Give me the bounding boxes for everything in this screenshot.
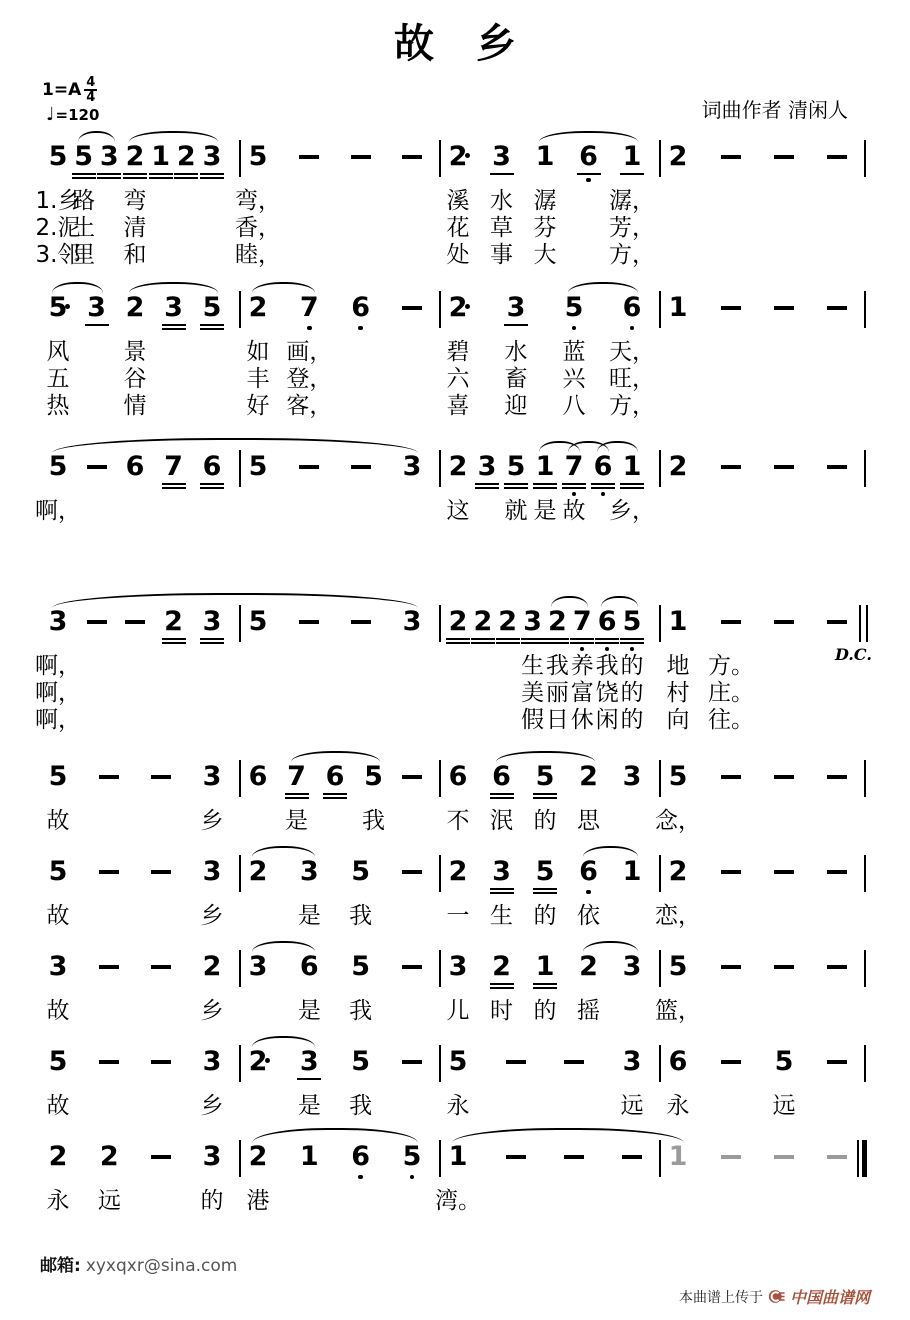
lyric-word: 的: [201, 1188, 224, 1214]
dash-extension: [769, 453, 799, 498]
dash-extension: [94, 763, 124, 808]
bar-line: [850, 453, 880, 498]
note-1: 1: [530, 143, 560, 188]
lyric-word: 水: [490, 188, 513, 214]
note-3: 3: [472, 453, 502, 498]
slur: [52, 593, 418, 608]
dash-extension: [146, 1048, 176, 1093]
dash-extension: [146, 1143, 176, 1188]
lyric-word: 啊，: [35, 707, 81, 733]
lyric-word: 乡: [201, 903, 224, 929]
lyrics-row: 故乡是我永远永远: [40, 1093, 870, 1120]
lyric-word: 水: [505, 339, 528, 365]
lyric-word: 路: [72, 188, 95, 214]
dash-extension: [716, 953, 746, 998]
lyric-word: 和: [124, 242, 147, 268]
dash-extension: [82, 608, 112, 653]
note-1: 1: [530, 453, 560, 498]
lyric-word: 恋，: [655, 903, 701, 929]
note-5: 5: [397, 1143, 427, 1188]
notation-row: 32353222327651: [40, 595, 870, 653]
note-7: 7: [159, 453, 189, 498]
dash-extension: [397, 953, 427, 998]
lyric-word: 香，: [235, 215, 281, 241]
notation-row: 55321235231612: [40, 130, 870, 188]
note-6: 6: [617, 294, 647, 339]
lyric-word: 芬: [534, 215, 557, 241]
lyric-word: 富: [571, 680, 594, 706]
lyrics-row: 风景如画，碧水蓝天，: [40, 339, 870, 366]
lyric-word: 我: [349, 1093, 372, 1119]
lyric-word: 的: [621, 653, 644, 679]
note-6: 6: [487, 763, 517, 808]
note-3: 3: [443, 953, 473, 998]
note-5: 5: [530, 763, 560, 808]
lyric-word: 潺，: [609, 188, 655, 214]
lyric-word: 的: [621, 680, 644, 706]
bar-line: [850, 858, 880, 903]
notation-row: 5323527623561: [40, 281, 870, 339]
dash-extension: [769, 953, 799, 998]
lyric-word: 大: [534, 242, 557, 268]
lyric-word: 是: [534, 498, 557, 524]
note-5: 5: [243, 453, 273, 498]
note-2: 2: [663, 858, 693, 903]
lyric-word: 篮，: [655, 998, 701, 1024]
lyric-word: 情: [124, 393, 147, 419]
note-5: 5: [617, 608, 647, 653]
slur: [452, 1128, 684, 1143]
note-5: 5: [530, 858, 560, 903]
dash-extension: [94, 953, 124, 998]
dash-extension: [397, 294, 427, 339]
contact-email: 邮箱:xyxqxr@sina.com: [40, 1251, 237, 1276]
dash-extension: [82, 453, 112, 498]
email-label: 邮箱:: [40, 1256, 81, 1276]
dash-extension: [397, 763, 427, 808]
note-2: 2: [663, 453, 693, 498]
slur: [601, 596, 638, 607]
note-6: 6: [346, 294, 376, 339]
lyric-word: 向: [667, 707, 690, 733]
lyric-word: 饶: [596, 680, 619, 706]
note-2: 2: [243, 1143, 273, 1188]
note-3: 3: [294, 858, 324, 903]
upload-text: 本曲谱上传于: [679, 1287, 763, 1307]
lyric-word: 泯: [490, 808, 513, 834]
lyric-word: 是: [298, 998, 321, 1024]
slur: [78, 131, 116, 142]
lyric-word: 蓝: [563, 339, 586, 365]
song-title: 故 乡: [0, 12, 910, 69]
dash-extension: [822, 143, 852, 188]
note-5: 5: [346, 1048, 376, 1093]
note-3: 3: [617, 1048, 647, 1093]
dash-extension: [501, 1048, 531, 1093]
dash-extension: [716, 1143, 746, 1188]
lyric-word: 的: [534, 903, 557, 929]
music-system-2: 5323527623561风景如画，碧水蓝天，五谷丰登，六畜兴旺，热情好客，喜迎…: [40, 281, 870, 420]
music-system-3: 56765323517612啊，这就是故乡，: [40, 440, 870, 525]
lyric-word: 永: [47, 1188, 70, 1214]
lyric-word: 儿: [447, 998, 470, 1024]
dash-extension: [501, 1143, 531, 1188]
music-system-1: 553212352316121.乡路弯弯，溪水潺潺，2.泥土清香，花草芬芳，3.…: [40, 130, 870, 269]
notation-row: 532355365: [40, 1035, 870, 1093]
note-3: 3: [617, 953, 647, 998]
lyric-word: 养: [571, 653, 594, 679]
note-7: 7: [559, 453, 589, 498]
lyric-word: 不: [447, 808, 470, 834]
note-3: 3: [487, 143, 517, 188]
lyric-word: 远: [773, 1093, 796, 1119]
slur: [252, 282, 315, 293]
lyric-word: 六: [447, 366, 470, 392]
lyric-word: 溪: [447, 188, 470, 214]
lyric-word: 远: [98, 1188, 121, 1214]
lyric-word: 远: [621, 1093, 644, 1119]
note-3: 3: [197, 858, 227, 903]
note-2: 2: [243, 858, 273, 903]
lyric-word: 休: [571, 707, 594, 733]
lyric-word: 花: [447, 215, 470, 241]
lyric-word: 里: [72, 242, 95, 268]
lyric-word: 迎: [505, 393, 528, 419]
dash-extension: [120, 608, 150, 653]
note-3: 3: [397, 608, 427, 653]
note-3: 3: [197, 1143, 227, 1188]
lyric-word: 湾。: [435, 1188, 481, 1214]
lyric-word: 是: [298, 1093, 321, 1119]
note-3: 3: [197, 1048, 227, 1093]
notation-row: 223216511: [40, 1130, 870, 1188]
meter-denominator: 4: [84, 91, 97, 104]
note-5: 5: [346, 953, 376, 998]
lyrics-row: 啊，美丽富饶的村庄。: [40, 680, 870, 707]
key-signature: 1=A 4 4: [42, 76, 97, 104]
music-system-5: 536765665235故乡是我不泯的思念，: [40, 750, 870, 835]
sheet-music-page: 故 乡 1=A 4 4 ♩=120 词曲作者 清闲人 5532123523161…: [0, 0, 910, 1320]
note-6: 6: [243, 763, 273, 808]
lyric-word: 的: [534, 808, 557, 834]
lyric-word: 啊，: [35, 653, 81, 679]
note-1: 1: [663, 608, 693, 653]
dash-extension: [822, 1048, 852, 1093]
dash-extension: [769, 763, 799, 808]
note-2: 2: [443, 143, 473, 188]
music-system-9: 223216511永远的港湾。: [40, 1130, 870, 1215]
note-2: 2: [94, 1143, 124, 1188]
note-6: 6: [443, 763, 473, 808]
site-name: 中国曲谱网: [790, 1285, 870, 1308]
note-1: 1: [294, 1143, 324, 1188]
lyric-word: 热: [47, 393, 70, 419]
slur: [252, 941, 315, 952]
slur: [129, 131, 218, 142]
lyric-word: 日: [546, 707, 569, 733]
note-1: 1: [617, 858, 647, 903]
lyric-word: 庄。: [708, 680, 754, 706]
note-5: 5: [443, 1048, 473, 1093]
lyric-word: 的: [534, 998, 557, 1024]
lyric-word: 念，: [655, 808, 701, 834]
lyric-word: 好: [247, 393, 270, 419]
note-6: 6: [120, 453, 150, 498]
note-5: 5: [197, 294, 227, 339]
lyric-word: 丰: [247, 366, 270, 392]
lyric-word: 乡: [201, 1093, 224, 1119]
lyric-word: 是: [285, 808, 308, 834]
note-3: 3: [243, 953, 273, 998]
dash-extension: [769, 294, 799, 339]
notation-row: 536765665235: [40, 750, 870, 808]
note-2: 2: [243, 294, 273, 339]
note-3: 3: [82, 294, 112, 339]
slur: [252, 1036, 315, 1047]
lyric-word: 旺，: [609, 366, 655, 392]
lyric-word: 土: [72, 215, 95, 241]
composer-credit: 词曲作者 清闲人: [702, 94, 848, 123]
bar-line: [850, 1048, 880, 1093]
dash-extension: [822, 1143, 852, 1188]
lyric-word: 碧: [447, 339, 470, 365]
note-1: 1: [663, 1143, 693, 1188]
notation-row: 53235235612: [40, 845, 870, 903]
lyric-word: 的: [621, 707, 644, 733]
lyric-word: 闲: [596, 707, 619, 733]
lyric-word: 方。: [708, 653, 754, 679]
note-5: 5: [43, 763, 73, 808]
note-3: 3: [294, 1048, 324, 1093]
lyric-word: 我: [546, 653, 569, 679]
lyric-word: 美: [521, 680, 544, 706]
lyric-word: 如: [247, 339, 270, 365]
lyric-word: 乡: [201, 808, 224, 834]
dash-extension: [559, 1048, 589, 1093]
dash-extension: [769, 1143, 799, 1188]
lyric-word: 景: [124, 339, 147, 365]
note-2: 2: [487, 953, 517, 998]
lyric-word: 故: [47, 998, 70, 1024]
lyrics-row: 啊，假日休闲的向往。: [40, 707, 870, 734]
slur: [291, 751, 380, 762]
bar-line: [850, 294, 880, 339]
note-5: 5: [359, 763, 389, 808]
note-2: 2: [43, 1143, 73, 1188]
note-2: 2: [159, 608, 189, 653]
note-3: 3: [197, 608, 227, 653]
tempo-marking: ♩=120: [46, 104, 99, 125]
lyric-word: 故: [47, 808, 70, 834]
note-5: 5: [43, 1048, 73, 1093]
dash-extension: [716, 143, 746, 188]
lyric-word: 喜: [447, 393, 470, 419]
dash-extension: [397, 1048, 427, 1093]
lyric-word: 风: [47, 339, 70, 365]
lyric-word: 摇: [577, 998, 600, 1024]
lyric-word: 处: [447, 242, 470, 268]
time-signature: 4 4: [84, 76, 97, 104]
slur: [583, 941, 639, 952]
note-2: 2: [574, 763, 604, 808]
lyrics-row: 热情好客，喜迎八方，: [40, 393, 870, 420]
lyrics-row: 故乡是我儿时的摇篮，: [40, 998, 870, 1025]
lyric-word: 是: [298, 903, 321, 929]
notation-row: 56765323517612: [40, 440, 870, 498]
note-3: 3: [159, 294, 189, 339]
tempo-value: =120: [56, 106, 100, 124]
dash-extension: [769, 143, 799, 188]
dash-extension: [716, 453, 746, 498]
lyric-word: 弯: [124, 188, 147, 214]
dash-extension: [617, 1143, 647, 1188]
score: 553212352316121.乡路弯弯，溪水潺潺，2.泥土清香，花草芬芳，3.…: [40, 130, 870, 1215]
slur: [496, 751, 595, 762]
music-system-8: 532355365故乡是我永远永远: [40, 1035, 870, 1120]
slur: [568, 282, 638, 293]
dash-extension: [822, 763, 852, 808]
dash-extension: [397, 858, 427, 903]
bar-line: [850, 953, 880, 998]
note-7: 7: [282, 763, 312, 808]
slur: [597, 441, 638, 452]
dash-extension: [822, 294, 852, 339]
lyric-word: 芳，: [609, 215, 655, 241]
note-5: 5: [243, 143, 273, 188]
lyrics-row: 1.乡路弯弯，溪水潺潺，: [40, 188, 870, 215]
lyric-word: 我: [349, 998, 372, 1024]
lyric-word: 乡: [201, 998, 224, 1024]
lyric-word: 清: [124, 215, 147, 241]
lyrics-row: 3.邻里和睦，处事大方，: [40, 242, 870, 269]
lyric-word: 乡，: [609, 498, 655, 524]
note-6: 6: [320, 763, 350, 808]
lyric-word: 潺: [534, 188, 557, 214]
lyric-word: 思: [577, 808, 600, 834]
note-5: 5: [43, 858, 73, 903]
lyric-word: 畜: [505, 366, 528, 392]
slur: [583, 846, 639, 857]
note-5: 5: [769, 1048, 799, 1093]
lyric-word: 兴: [563, 366, 586, 392]
lyric-word: 登，: [286, 366, 332, 392]
dash-extension: [397, 143, 427, 188]
lyric-word: 方，: [609, 242, 655, 268]
note-5: 5: [43, 294, 73, 339]
slur: [52, 438, 418, 453]
note-5: 5: [346, 858, 376, 903]
dash-extension: [716, 1048, 746, 1093]
dash-extension: [146, 953, 176, 998]
note-2: 2: [443, 294, 473, 339]
dash-extension: [346, 608, 376, 653]
lyric-word: 时: [490, 998, 513, 1024]
slur: [551, 596, 588, 607]
note-2: 2: [574, 953, 604, 998]
lyric-word: 地: [667, 653, 690, 679]
dash-extension: [146, 858, 176, 903]
dash-extension: [716, 608, 746, 653]
lyric-word: 故: [47, 903, 70, 929]
note-6: 6: [574, 143, 604, 188]
note-2: 2: [443, 453, 473, 498]
lyric-word: 方，: [609, 393, 655, 419]
lyric-word: 草: [490, 215, 513, 241]
note-5: 5: [559, 294, 589, 339]
lyric-word: 依: [577, 903, 600, 929]
lyric-word: 我: [596, 653, 619, 679]
dash-extension: [294, 608, 324, 653]
note-3: 3: [617, 763, 647, 808]
music-system-6: 53235235612故乡是我一生的依恋，: [40, 845, 870, 930]
note-7: 7: [294, 294, 324, 339]
footer: 邮箱:xyxqxr@sina.com 本曲谱上传于 中国曲谱网: [40, 1215, 870, 1320]
lyrics-row: 五谷丰登，六畜兴旺，: [40, 366, 870, 393]
lyric-word: 啊，: [35, 680, 81, 706]
dash-extension: [94, 858, 124, 903]
slur: [252, 1128, 418, 1143]
dash-extension: [94, 1048, 124, 1093]
music-system-4: 32353222327651啊，生我养我的地方。啊，美丽富饶的村庄。啊，假日休闲…: [40, 595, 870, 734]
dash-extension: [822, 953, 852, 998]
note-1: 1: [663, 294, 693, 339]
dash-extension: [716, 763, 746, 808]
note-6: 6: [663, 1048, 693, 1093]
dash-extension: [769, 858, 799, 903]
note-1: 1: [617, 143, 647, 188]
lyrics-row: 故乡是我不泯的思念，: [40, 808, 870, 835]
lyrics-row: 故乡是我一生的依恋，: [40, 903, 870, 930]
slur: [129, 282, 218, 293]
qupu-site-logo-icon: [768, 1288, 785, 1305]
slur: [52, 282, 103, 293]
lyric-word: 客，: [286, 393, 332, 419]
lyric-word: 一: [447, 903, 470, 929]
lyric-word: 往。: [708, 707, 754, 733]
note-2: 2: [243, 1048, 273, 1093]
dash-extension: [346, 453, 376, 498]
note-3: 3: [43, 608, 73, 653]
lyrics-row: 啊，这就是故乡，: [40, 498, 870, 525]
lyric-word: 永: [667, 1093, 690, 1119]
lyric-word: 故: [47, 1093, 70, 1119]
lyric-word: 就: [505, 498, 528, 524]
lyrics-row: 啊，生我养我的地方。: [40, 653, 870, 680]
note-5: 5: [43, 453, 73, 498]
dash-extension: [769, 608, 799, 653]
note-3: 3: [501, 294, 531, 339]
lyric-word: 村: [667, 680, 690, 706]
lyric-word: 五: [47, 366, 70, 392]
lyric-word: 丽: [546, 680, 569, 706]
key-label: 1=A: [42, 80, 81, 100]
final-bar-line: [850, 1143, 880, 1188]
slur: [539, 131, 638, 142]
note-5: 5: [663, 953, 693, 998]
lyric-word: 生: [490, 903, 513, 929]
email-value: xyxqxr@sina.com: [86, 1256, 238, 1276]
notation-row: 32365321235: [40, 940, 870, 998]
note-1: 1: [530, 953, 560, 998]
lyric-word: 弯，: [235, 188, 281, 214]
lyrics-row: 2.泥土清香，花草芬芳，: [40, 215, 870, 242]
dash-extension: [822, 858, 852, 903]
lyric-word: 假: [521, 707, 544, 733]
note-6: 6: [574, 858, 604, 903]
lyric-word: 港: [247, 1188, 270, 1214]
note-6: 6: [197, 453, 227, 498]
quarter-note-icon: ♩: [46, 104, 55, 125]
